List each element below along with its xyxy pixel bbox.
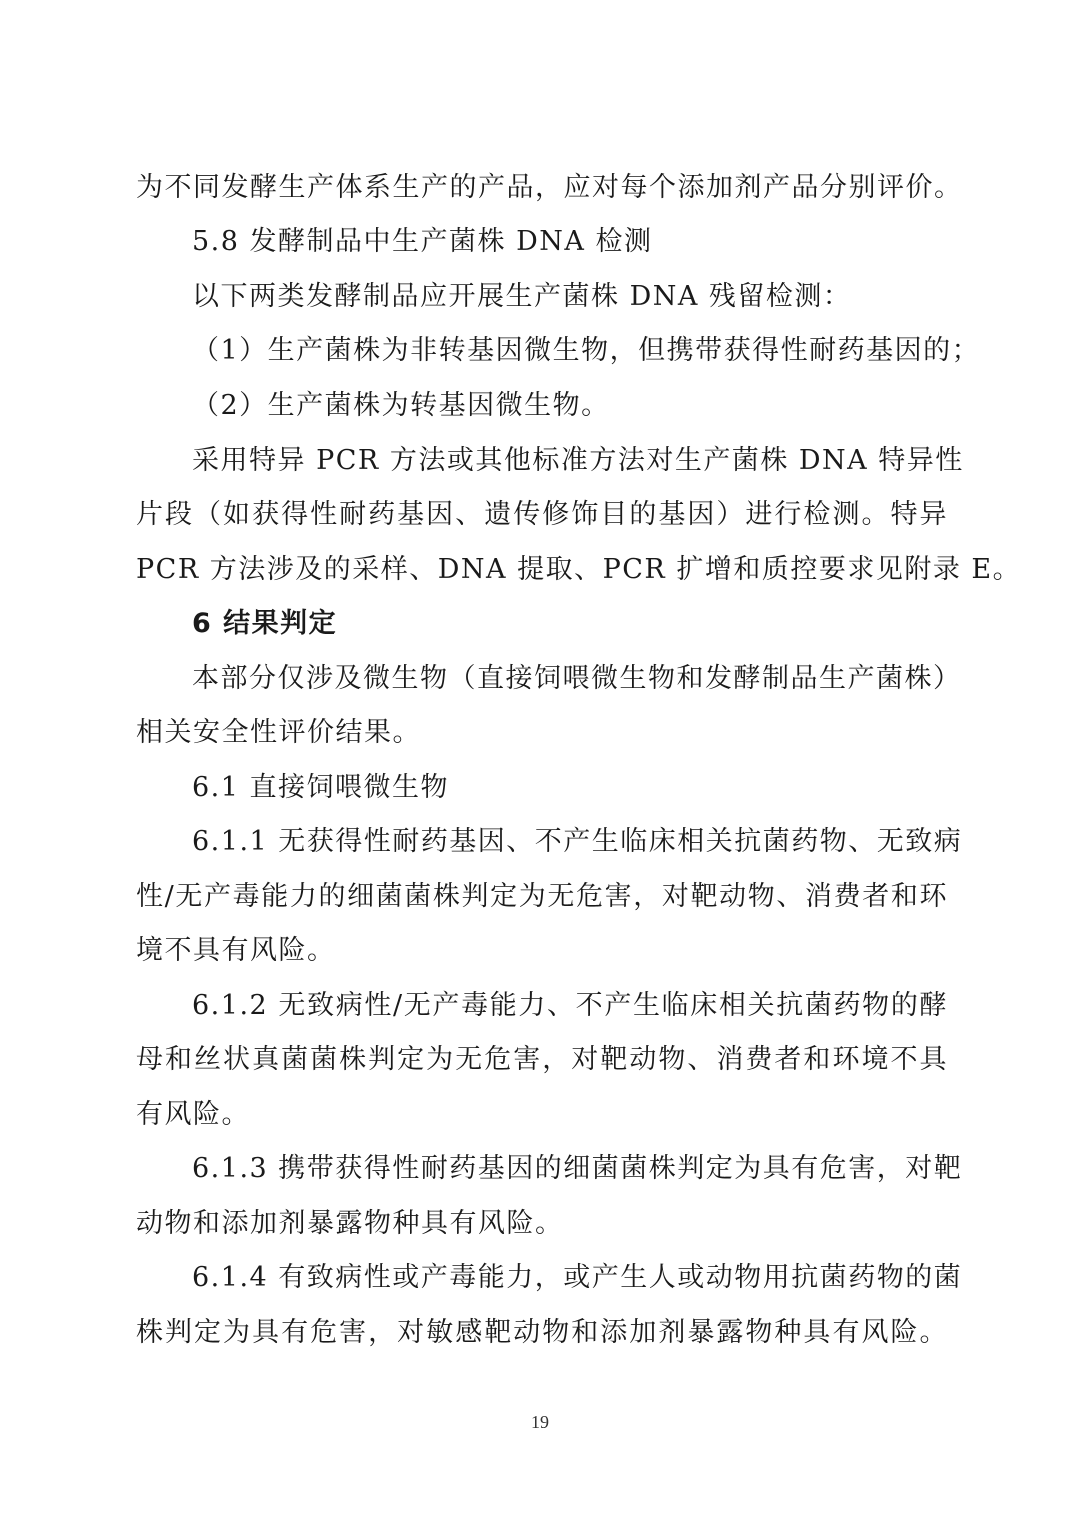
section-heading-5-8: 5.8 发酵制品中生产菌株 DNA 检测 xyxy=(192,224,948,260)
list-item-1: （1）生产菌株为非转基因微生物，但携带获得性耐药基因的； xyxy=(192,333,948,369)
paragraph-line: 有风险。 xyxy=(136,1097,948,1133)
paragraph-line: 母和丝状真菌菌株判定为无危害，对靶动物、消费者和环境不具 xyxy=(136,1042,948,1078)
clause-6-1-2: 6.1.2 无致病性/无产毒能力、不产生临床相关抗菌药物的酵 xyxy=(192,988,948,1024)
page-number: 19 xyxy=(0,1412,1080,1433)
paragraph-line: 性/无产毒能力的细菌菌株判定为无危害，对靶动物、消费者和环 xyxy=(136,879,948,915)
paragraph-line: 株判定为具有危害，对敏感靶动物和添加剂暴露物种具有风险。 xyxy=(136,1315,948,1351)
paragraph-line: 相关安全性评价结果。 xyxy=(136,715,948,751)
paragraph-line: 境不具有风险。 xyxy=(136,933,948,969)
document-page: 为不同发酵生产体系生产的产品，应对每个添加剂产品分别评价。 5.8 发酵制品中生… xyxy=(0,0,1080,1526)
clause-6-1-3: 6.1.3 携带获得性耐药基因的细菌菌株判定为具有危害，对靶 xyxy=(192,1151,948,1187)
list-item-2: （2）生产菌株为转基因微生物。 xyxy=(192,388,948,424)
clause-6-1-1: 6.1.1 无获得性耐药基因、不产生临床相关抗菌药物、无致病 xyxy=(192,824,948,860)
paragraph-line-continuation: 为不同发酵生产体系生产的产品，应对每个添加剂产品分别评价。 xyxy=(136,170,948,206)
section-heading-6-1: 6.1 直接饲喂微生物 xyxy=(192,770,948,806)
section-heading-6: 6 结果判定 xyxy=(192,606,948,642)
paragraph-line: 采用特异 PCR 方法或其他标准方法对生产菌株 DNA 特异性 xyxy=(192,443,948,479)
clause-6-1-4: 6.1.4 有致病性或产毒能力，或产生人或动物用抗菌药物的菌 xyxy=(192,1260,948,1296)
paragraph-line: 片段（如获得性耐药基因、遗传修饰目的基因）进行检测。特异 xyxy=(136,497,948,533)
paragraph-line: 本部分仅涉及微生物（直接饲喂微生物和发酵制品生产菌株） xyxy=(192,661,948,697)
paragraph-line: 以下两类发酵制品应开展生产菌株 DNA 残留检测： xyxy=(192,279,948,315)
paragraph-line: 动物和添加剂暴露物种具有风险。 xyxy=(136,1206,948,1242)
paragraph-line: PCR 方法涉及的采样、DNA 提取、PCR 扩增和质控要求见附录 E。 xyxy=(136,552,948,588)
